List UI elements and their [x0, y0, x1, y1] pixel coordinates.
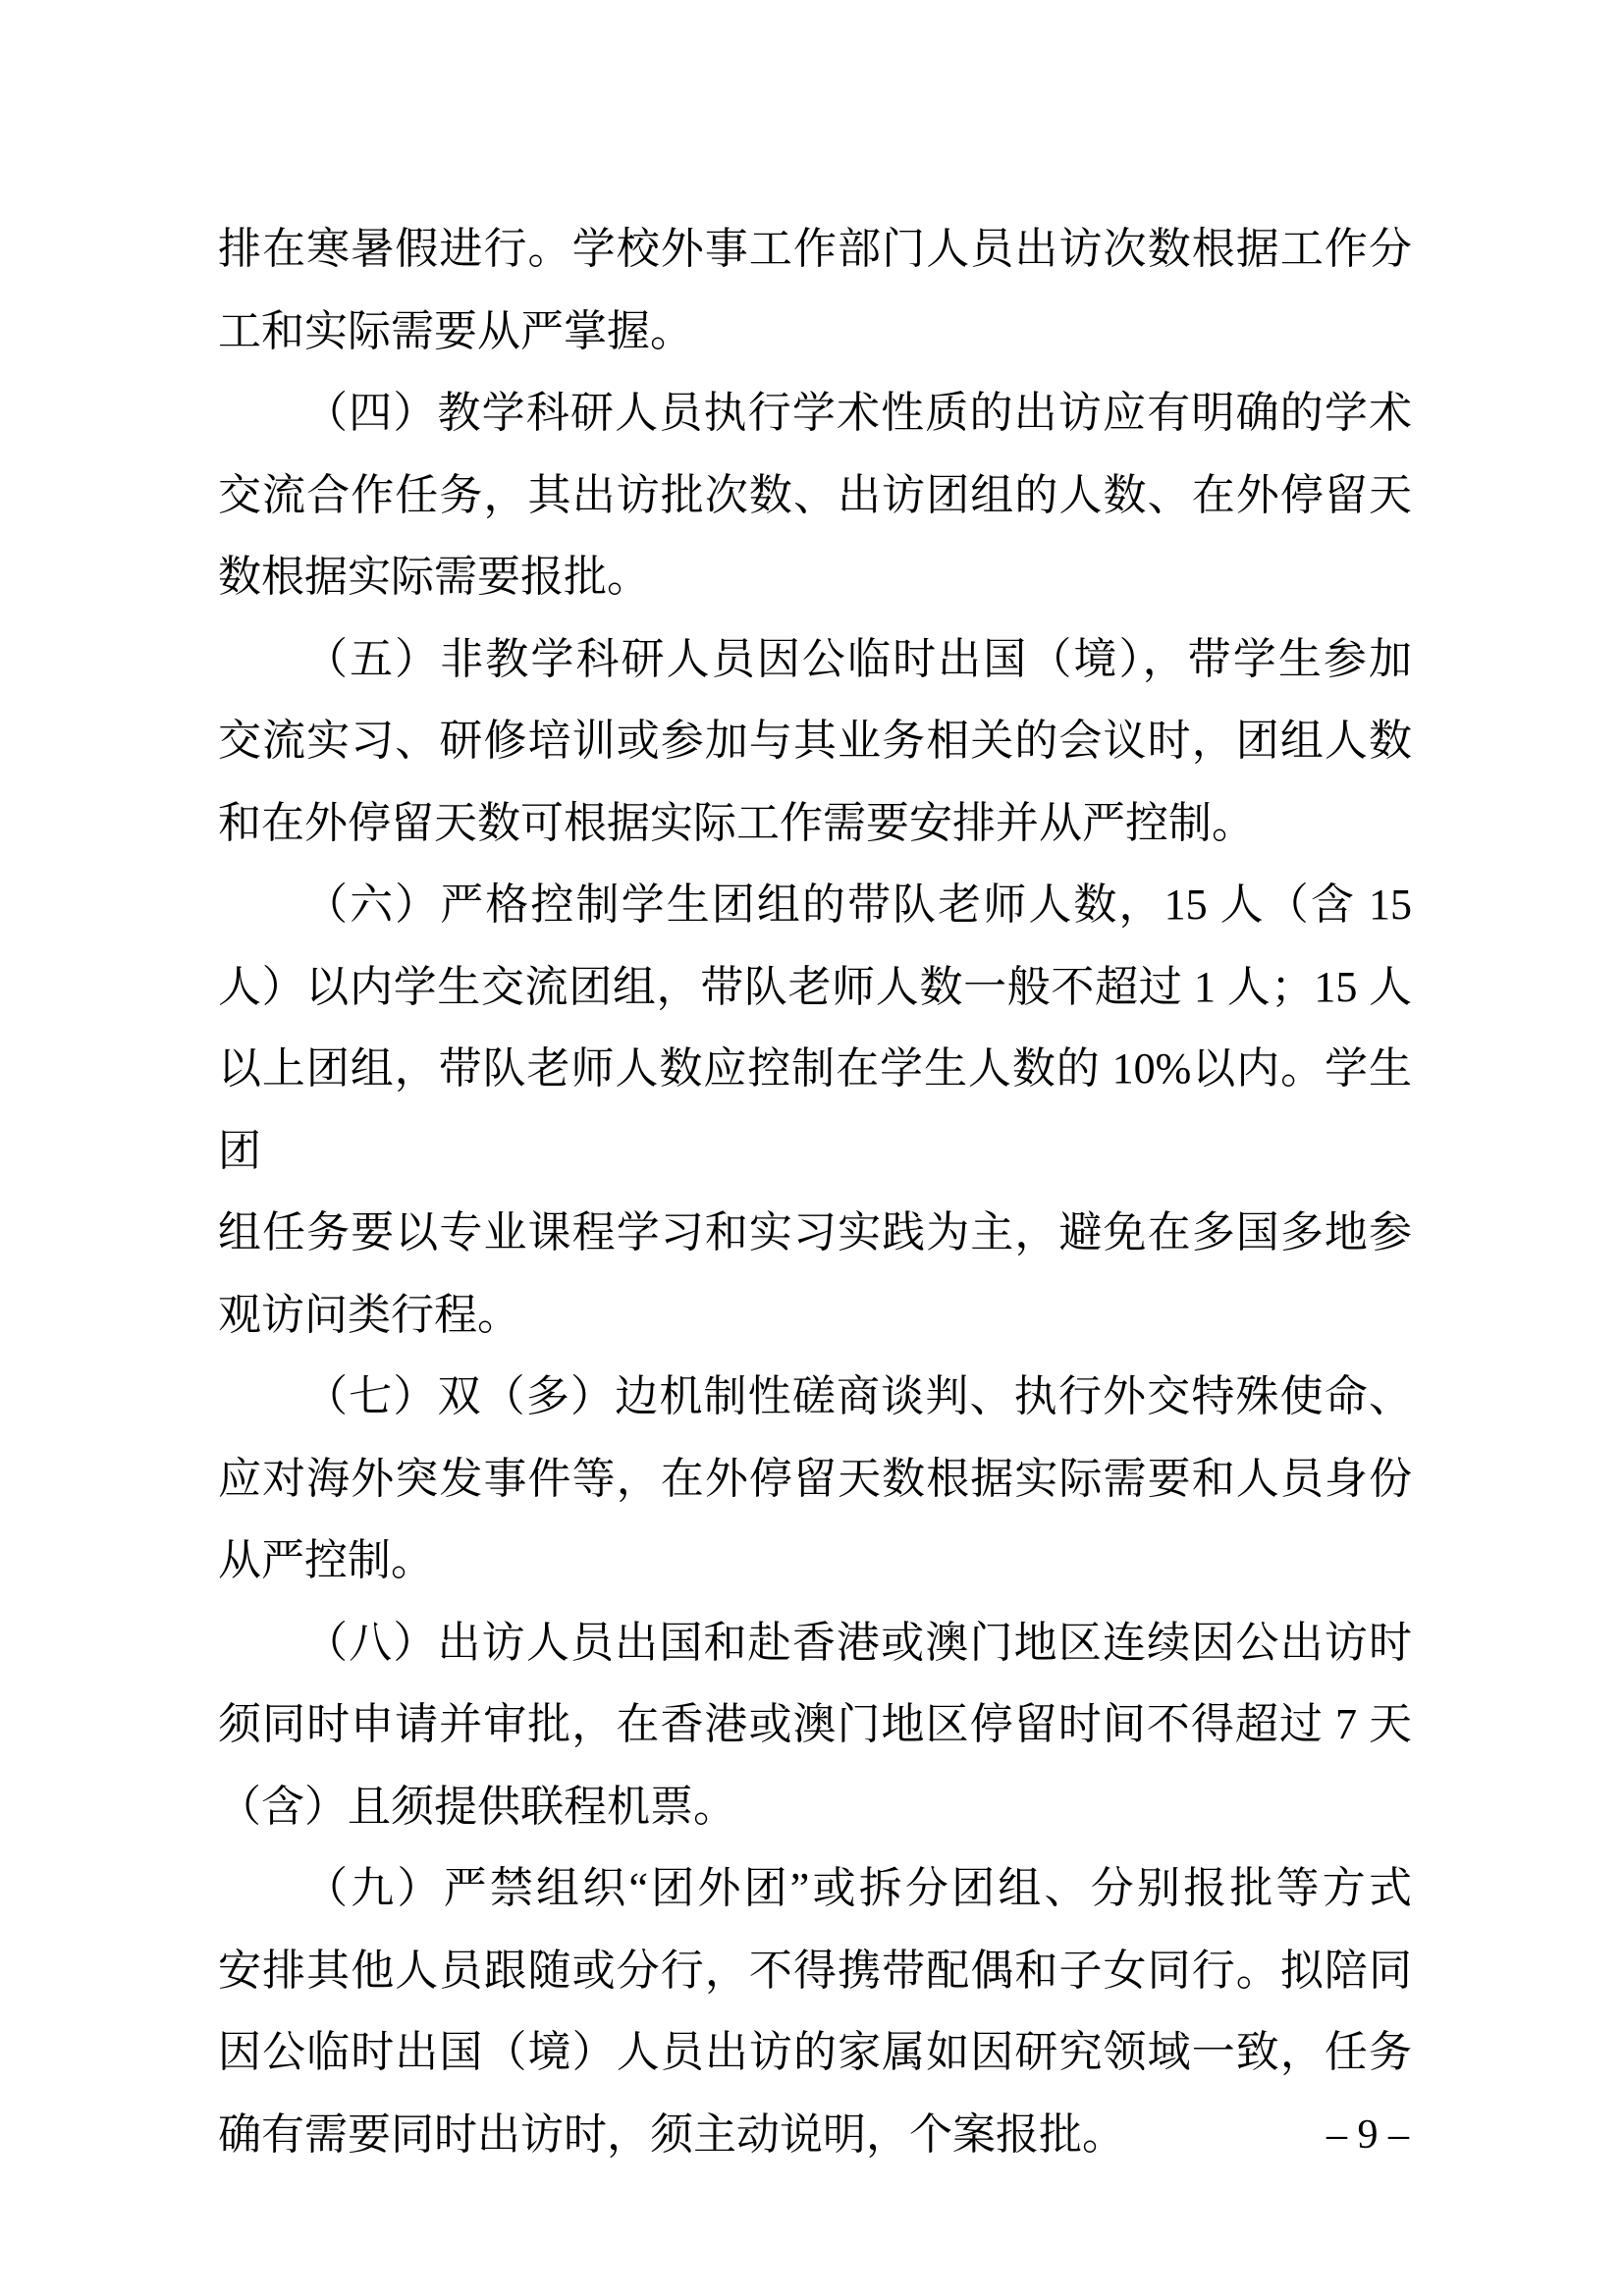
text-line: （含）且须提供联程机票。: [218, 1766, 1412, 1848]
text-line: 安排其他人员跟随或分行，不得携带配偶和子女同行。拟陪同: [218, 1930, 1412, 2012]
text-line: 须同时申请并审批，在香港或澳门地区停留时间不得超过 7 天: [218, 1683, 1412, 1766]
text-line: （九）严禁组织“团外团”或拆分团组、分别报批等方式: [218, 1847, 1412, 1930]
text-line: 确有需要同时出访时，须主动说明，个案报批。: [218, 2094, 1412, 2176]
paragraph: （五）非教学科研人员因公临时出国（境），带学生参加交流实习、研修培训或参加与其业…: [218, 618, 1412, 865]
text-line: 数根据实际需要报批。: [218, 536, 1412, 618]
text-line: （八）出访人员出国和赴香港或澳门地区连续因公出访时: [218, 1602, 1412, 1684]
text-line: 因公临时出国（境）人员出访的家属如因研究领域一致，任务: [218, 2011, 1412, 2094]
paragraph: （四）教学科研人员执行学术性质的出访应有明确的学术交流合作任务，其出访批次数、出…: [218, 372, 1412, 618]
text-line: 交流合作任务，其出访批次数、出访团组的人数、在外停留天: [218, 454, 1412, 537]
text-line: 以上团组，带队老师人数应控制在学生人数的 10%以内。学生团: [218, 1028, 1412, 1192]
paragraph: （七）双（多）边机制性磋商谈判、执行外交特殊使命、应对海外突发事件等，在外停留天…: [218, 1356, 1412, 1602]
text-line: 观访问类行程。: [218, 1274, 1412, 1357]
paragraph: （六）严格控制学生团组的带队老师人数，15 人（含 15人）以内学生交流团组，带…: [218, 864, 1412, 1356]
text-line: 和在外停留天数可根据实际工作需要安排并从严控制。: [218, 782, 1412, 865]
text-line: 交流实习、研修培训或参加与其业务相关的会议时，团组人数: [218, 700, 1412, 782]
text-line: 工和实际需要从严掌握。: [218, 291, 1412, 373]
text-line: 组任务要以专业课程学习和实习实践为主，避免在多国多地参: [218, 1192, 1412, 1274]
text-line: 应对海外突发事件等，在外停留天数根据实际需要和人员身份: [218, 1438, 1412, 1521]
page-number: – 9 –: [1326, 2112, 1409, 2158]
text-line: （四）教学科研人员执行学术性质的出访应有明确的学术: [218, 372, 1412, 454]
document-body: 排在寒暑假进行。学校外事工作部门人员出访次数根据工作分工和实际需要从严掌握。（四…: [218, 208, 1412, 2175]
paragraph: （八）出访人员出国和赴香港或澳门地区连续因公出访时须同时申请并审批，在香港或澳门…: [218, 1602, 1412, 1848]
paragraph: （九）严禁组织“团外团”或拆分团组、分别报批等方式安排其他人员跟随或分行，不得携…: [218, 1847, 1412, 2175]
text-line: 从严控制。: [218, 1520, 1412, 1602]
document-page: 排在寒暑假进行。学校外事工作部门人员出访次数根据工作分工和实际需要从严掌握。（四…: [0, 0, 1624, 2296]
text-line: 排在寒暑假进行。学校外事工作部门人员出访次数根据工作分: [218, 208, 1412, 291]
paragraph: 排在寒暑假进行。学校外事工作部门人员出访次数根据工作分工和实际需要从严掌握。: [218, 208, 1412, 372]
text-line: （五）非教学科研人员因公临时出国（境），带学生参加: [218, 618, 1412, 701]
text-line: （七）双（多）边机制性磋商谈判、执行外交特殊使命、: [218, 1356, 1412, 1438]
text-line: 人）以内学生交流团组，带队老师人数一般不超过 1 人；15 人: [218, 946, 1412, 1029]
text-line: （六）严格控制学生团组的带队老师人数，15 人（含 15: [218, 864, 1412, 946]
